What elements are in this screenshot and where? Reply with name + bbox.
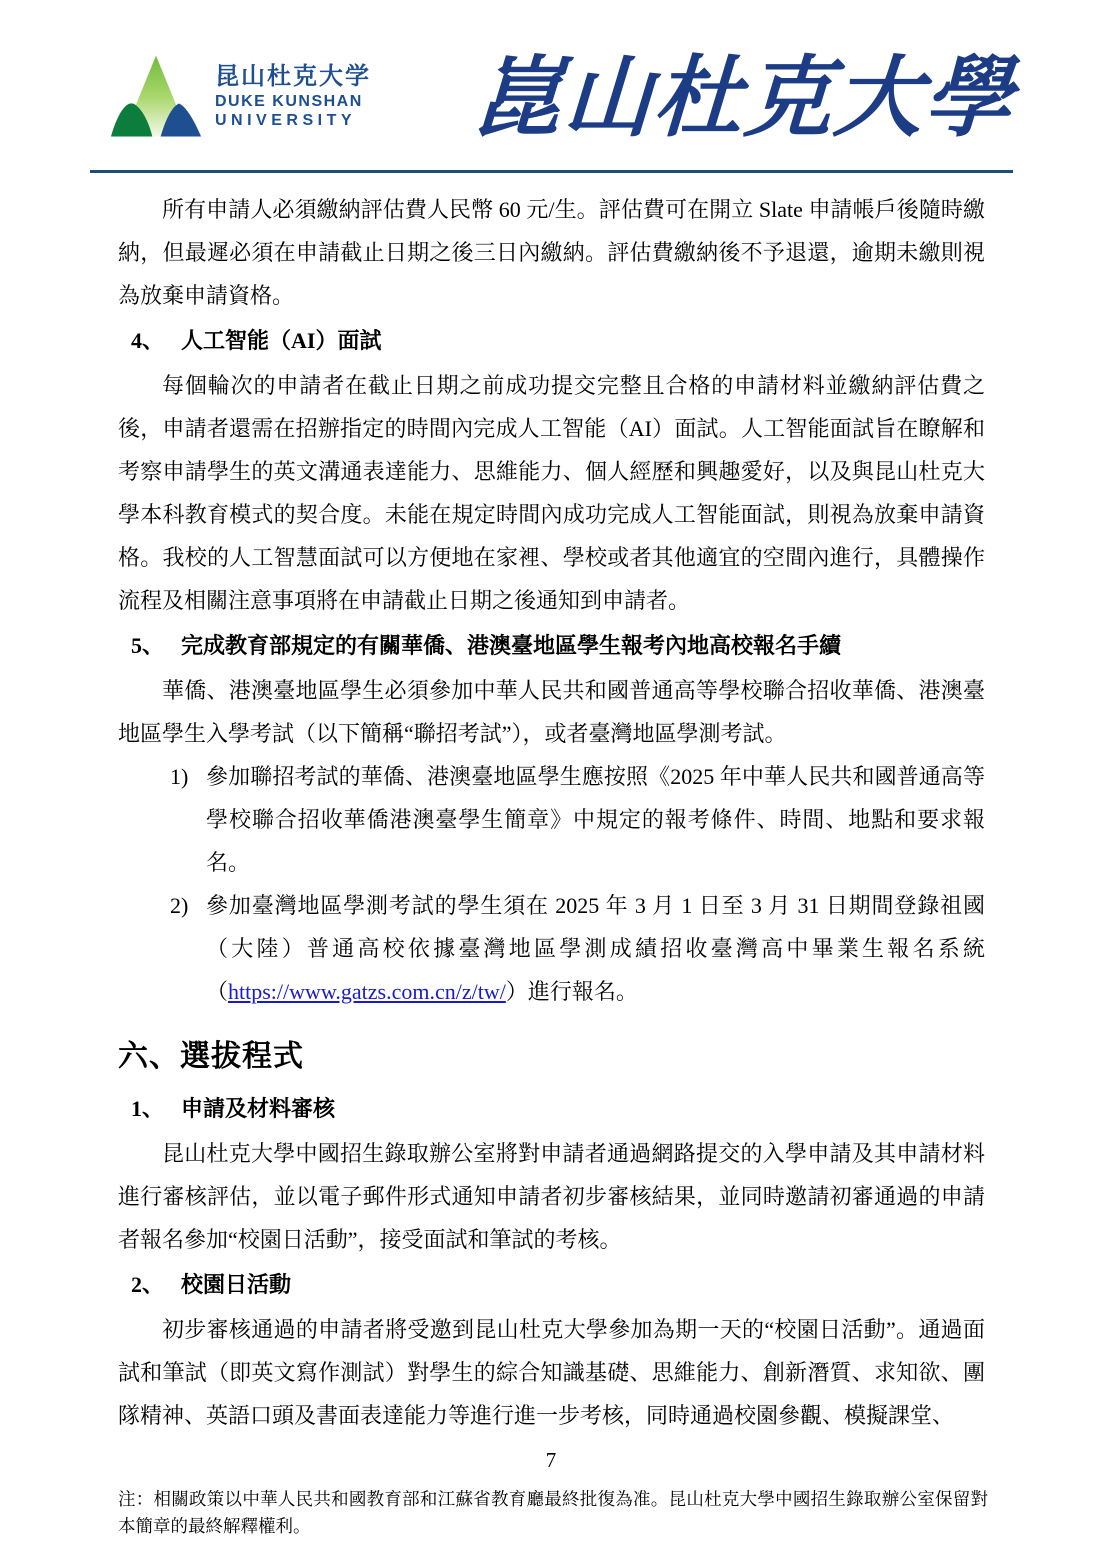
logo-cn-name: 昆山杜克大学 <box>215 63 371 91</box>
heading-number: 4、 <box>131 319 164 362</box>
heading-title: 校園日活動 <box>181 1263 291 1306</box>
document-body: 所有申請人必須繳納評估費人民幣 60 元/生。評估費可在開立 Slate 申請帳… <box>118 188 985 1437</box>
heading-selection-process: 六、選拔程式 <box>118 1037 985 1077</box>
list-item: 2) 參加臺灣地區學測考試的學生須在 2025 年 3 月 1 日至 3 月 3… <box>170 884 985 1013</box>
dku-logo: 昆山杜克大学 DUKE KUNSHAN UNIVERSITY <box>110 51 371 143</box>
paragraph-ai-interview: 每個輪次的申請者在截止日期之前成功提交完整且合格的申請材料並繳納評估費之後，申請… <box>118 364 985 622</box>
heading-number: 5、 <box>131 624 164 667</box>
paragraph-evaluation-fee: 所有申請人必須繳納評估費人民幣 60 元/生。評估費可在開立 Slate 申請帳… <box>118 188 985 317</box>
logo-en-name-line1: DUKE KUNSHAN <box>215 93 371 112</box>
paragraph-hmt-exam: 華僑、港澳臺地區學生必須參加中華人民共和國普通高等學校聯合招收華僑、港澳臺地區學… <box>118 669 985 755</box>
gatzs-registration-link[interactable]: https://www.gatzs.com.cn/z/tw/ <box>228 979 506 1004</box>
heading-title: 人工智能（AI）面試 <box>181 319 381 362</box>
calligraphy-wordmark: 崑山杜克大學 <box>472 53 1017 141</box>
numbered-list: 1) 參加聯招考試的華僑、港澳臺地區學生應按照《2025 年中華人民共和國普通高… <box>118 755 985 1013</box>
dku-mountain-logo-icon <box>110 51 202 143</box>
heading-application-review: 1、 申請及材料審核 <box>118 1087 985 1130</box>
list-item-text: 參加聯招考試的華僑、港澳臺地區學生應按照《2025 年中華人民共和國普通高等學校… <box>206 755 985 884</box>
heading-ai-interview: 4、 人工智能（AI）面試 <box>118 319 985 362</box>
list-item-text: 參加臺灣地區學測考試的學生須在 2025 年 3 月 1 日至 3 月 31 日… <box>206 884 985 1013</box>
paragraph-campus-day: 初步審核通過的申請者將受邀到昆山杜克大學參加為期一天的“校園日活動”。通過面試和… <box>118 1308 985 1437</box>
list-item: 1) 參加聯招考試的華僑、港澳臺地區學生應按照《2025 年中華人民共和國普通高… <box>170 755 985 884</box>
paragraph-application-review: 昆山杜克大學中國招生錄取辦公室將對申請者通過網路提交的入學申請及其申請材料進行審… <box>118 1132 985 1261</box>
list-item-number: 1) <box>170 755 206 884</box>
heading-number: 1、 <box>131 1087 164 1130</box>
document-page: 昆山杜克大学 DUKE KUNSHAN UNIVERSITY 崑山杜克大學 所有… <box>0 0 1102 1559</box>
heading-title: 申請及材料審核 <box>181 1087 335 1130</box>
list-item-number: 2) <box>170 884 206 1013</box>
logo-en-name-line2: UNIVERSITY <box>215 112 371 131</box>
footnote: 注：相關政策以中華人民共和國教育部和江蘇省教育廳最終批復為准。昆山杜克大學中國招… <box>118 1486 988 1540</box>
list-item-text-post: ）進行報名。 <box>506 979 638 1004</box>
heading-hmt-registration: 5、 完成教育部規定的有關華僑、港澳臺地區學生報考內地高校報名手續 <box>118 624 985 667</box>
page-header: 昆山杜克大学 DUKE KUNSHAN UNIVERSITY 崑山杜克大學 <box>110 28 1014 166</box>
page-number: 7 <box>0 1446 1102 1474</box>
heading-title: 完成教育部規定的有關華僑、港澳臺地區學生報考內地高校報名手續 <box>181 624 841 667</box>
heading-campus-day: 2、 校園日活動 <box>118 1263 985 1306</box>
header-divider <box>90 170 1013 173</box>
dku-logo-text: 昆山杜克大学 DUKE KUNSHAN UNIVERSITY <box>215 63 371 131</box>
heading-number: 2、 <box>131 1263 164 1306</box>
